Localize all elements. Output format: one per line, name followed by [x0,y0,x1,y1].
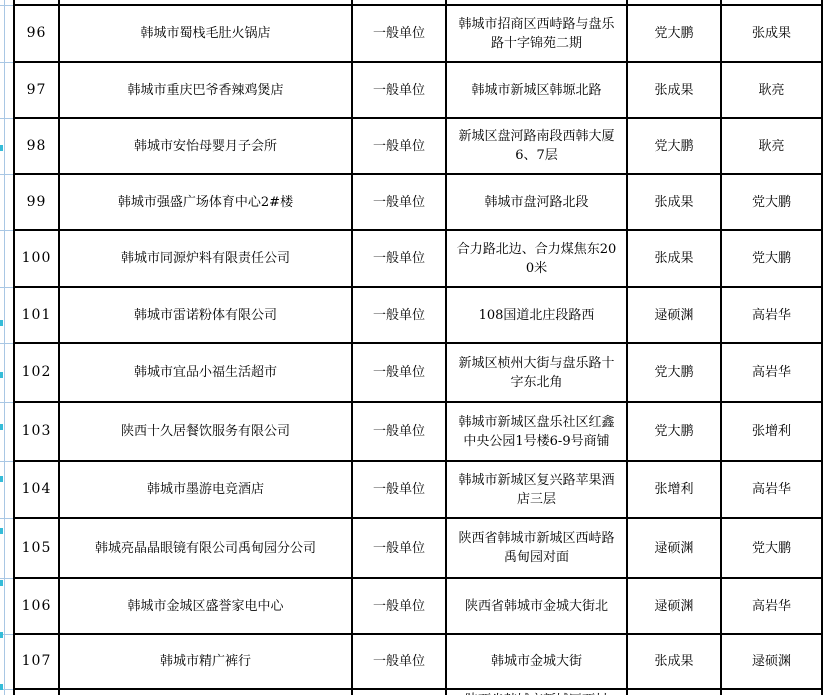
cell-unit-type[interactable]: 一般单位 [352,118,446,174]
table-row: 99韩城市强盛广场体育中心2#楼一般单位韩城市盘河路北段张成果党大鹏 [14,174,822,230]
cell-person-2[interactable]: 高岩华 [721,461,822,518]
horizontal-gridline [0,461,13,462]
spreadsheet-table-view: 96韩城市蜀栈毛肚火锅店一般单位韩城市招商区西峙路与盘乐路十字锦苑二期党大鹏张成… [0,0,827,695]
teal-tick-mark [0,320,3,326]
teal-tick-mark [0,424,3,430]
cell-person-2[interactable]: 党大鹏 [721,230,822,287]
cell-unit-type[interactable]: 一般单位 [352,518,446,578]
table-row-partial-bottom: 陕西省韩城市新城区西村 [14,689,822,695]
horizontal-gridline [0,230,13,231]
cell-person-2[interactable]: 耿亮 [721,118,822,174]
table-body: 96韩城市蜀栈毛肚火锅店一般单位韩城市招商区西峙路与盘乐路十字锦苑二期党大鹏张成… [14,0,822,695]
cell-person-1[interactable]: 党大鹏 [627,343,721,402]
horizontal-gridline [0,287,13,288]
cell-cutoff[interactable] [352,689,446,695]
cell-unit-name[interactable]: 韩城市蜀栈毛肚火锅店 [59,5,352,62]
horizontal-gridline [0,174,13,175]
cell-address[interactable]: 韩城市盘河路北段 [446,174,627,230]
cell-address[interactable]: 陕西省韩城市金城大街北 [446,578,627,634]
cell-row-number[interactable]: 104 [14,461,59,518]
cell-person-1[interactable]: 张成果 [627,634,721,689]
cell-row-number[interactable]: 99 [14,174,59,230]
cell-unit-type[interactable]: 一般单位 [352,174,446,230]
cell-person-2[interactable]: 高岩华 [721,343,822,402]
cell-person-1[interactable]: 逯硕渊 [627,518,721,578]
cell-address[interactable]: 新城区桢州大街与盘乐路十字东北角 [446,343,627,402]
teal-tick-mark [0,528,3,534]
cell-address[interactable]: 韩城市新城区韩塬北路 [446,62,627,118]
cell-unit-name[interactable]: 韩城市同源炉料有限责任公司 [59,230,352,287]
cell-person-1[interactable]: 党大鹏 [627,5,721,62]
inspection-units-table: 96韩城市蜀栈毛肚火锅店一般单位韩城市招商区西峙路与盘乐路十字锦苑二期党大鹏张成… [13,0,823,695]
table-row: 106韩城市金城区盛誉家电中心一般单位陕西省韩城市金城大街北逯硕渊高岩华 [14,578,822,634]
cell-person-2[interactable]: 高岩华 [721,578,822,634]
cell-person-1[interactable]: 张成果 [627,62,721,118]
teal-tick-mark [0,684,3,690]
cell-cutoff[interactable] [627,689,721,695]
cell-unit-type[interactable]: 一般单位 [352,402,446,461]
cell-address[interactable]: 韩城市新城区复兴路苹果酒店三层 [446,461,627,518]
cell-person-1[interactable]: 逯硕渊 [627,578,721,634]
cell-unit-type[interactable]: 一般单位 [352,287,446,343]
horizontal-gridline [0,343,13,344]
table-row: 104韩城市墨游电竞酒店一般单位韩城市新城区复兴路苹果酒店三层张增利高岩华 [14,461,822,518]
horizontal-gridline [0,578,13,579]
table-row: 105韩城亮晶晶眼镜有限公司禹甸园分公司一般单位陕西省韩城市新城区西峙路禹甸园对… [14,518,822,578]
cell-address-cutoff[interactable]: 陕西省韩城市新城区西村 [446,689,627,695]
cell-person-2[interactable]: 张增利 [721,402,822,461]
cell-row-number[interactable]: 100 [14,230,59,287]
cell-unit-type[interactable]: 一般单位 [352,5,446,62]
cell-person-1[interactable]: 张成果 [627,174,721,230]
cell-person-2[interactable]: 张成果 [721,5,822,62]
cell-person-2[interactable]: 耿亮 [721,62,822,118]
cell-unit-name[interactable]: 韩城市雷诺粉体有限公司 [59,287,352,343]
cell-unit-type[interactable]: 一般单位 [352,461,446,518]
cutoff-address-text: 陕西省韩城市新城区西村 [453,691,620,695]
cell-row-number[interactable]: 97 [14,62,59,118]
table-row: 100韩城市同源炉料有限责任公司一般单位合力路北边、合力煤焦东200米张成果党大… [14,230,822,287]
horizontal-gridline [0,402,13,403]
cell-row-number[interactable]: 105 [14,518,59,578]
cell-person-1[interactable]: 党大鹏 [627,402,721,461]
cell-cutoff[interactable] [14,689,59,695]
cell-row-number[interactable]: 107 [14,634,59,689]
cell-unit-type[interactable]: 一般单位 [352,62,446,118]
cell-person-1[interactable]: 张增利 [627,461,721,518]
cell-unit-name[interactable]: 韩城亮晶晶眼镜有限公司禹甸园分公司 [59,518,352,578]
cell-unit-name[interactable]: 陕西十久居餐饮服务有限公司 [59,402,352,461]
cell-cutoff[interactable] [59,689,352,695]
table-row: 103陕西十久居餐饮服务有限公司一般单位韩城市新城区盘乐社区红鑫中央公园1号楼6… [14,402,822,461]
table-row: 102韩城市宜品小福生活超市一般单位新城区桢州大街与盘乐路十字东北角党大鹏高岩华 [14,343,822,402]
cell-person-2[interactable]: 党大鹏 [721,518,822,578]
cell-address[interactable]: 108国道北庄段路西 [446,287,627,343]
cell-unit-name[interactable]: 韩城市宜品小福生活超市 [59,343,352,402]
table-row: 101韩城市雷诺粉体有限公司一般单位108国道北庄段路西逯硕渊高岩华 [14,287,822,343]
horizontal-gridline [0,5,13,6]
cell-row-number[interactable]: 101 [14,287,59,343]
cell-row-number[interactable]: 106 [14,578,59,634]
teal-tick-mark [0,476,3,482]
teal-tick-mark [0,372,3,378]
cell-unit-name[interactable]: 韩城市安怡母婴月子会所 [59,118,352,174]
cell-unit-name[interactable]: 韩城市精广裤行 [59,634,352,689]
teal-tick-mark [0,145,3,151]
cell-address[interactable]: 新城区盘河路南段西韩大厦6、7层 [446,118,627,174]
cell-cutoff[interactable] [721,689,822,695]
cell-row-number[interactable]: 102 [14,343,59,402]
cell-address[interactable]: 陕西省韩城市新城区西峙路禹甸园对面 [446,518,627,578]
horizontal-gridline [0,518,13,519]
cell-row-number[interactable]: 98 [14,118,59,174]
cell-row-number[interactable]: 103 [14,402,59,461]
cell-address[interactable]: 韩城市金城大街 [446,634,627,689]
cell-person-1[interactable]: 党大鹏 [627,118,721,174]
teal-tick-mark [0,580,3,586]
cell-unit-type[interactable]: 一般单位 [352,343,446,402]
table-row: 98韩城市安怡母婴月子会所一般单位新城区盘河路南段西韩大厦6、7层党大鹏耿亮 [14,118,822,174]
cell-address[interactable]: 合力路北边、合力煤焦东200米 [446,230,627,287]
cell-person-2[interactable]: 高岩华 [721,287,822,343]
teal-tick-mark [0,632,3,638]
cell-unit-name[interactable]: 韩城市金城区盛誉家电中心 [59,578,352,634]
cell-person-1[interactable]: 逯硕渊 [627,287,721,343]
cell-unit-type[interactable]: 一般单位 [352,230,446,287]
table-row: 96韩城市蜀栈毛肚火锅店一般单位韩城市招商区西峙路与盘乐路十字锦苑二期党大鹏张成… [14,5,822,62]
cell-unit-name[interactable]: 韩城市强盛广场体育中心2#楼 [59,174,352,230]
cell-unit-type[interactable]: 一般单位 [352,578,446,634]
table-row: 107韩城市精广裤行一般单位韩城市金城大街张成果逯硕渊 [14,634,822,689]
cell-address[interactable]: 韩城市招商区西峙路与盘乐路十字锦苑二期 [446,5,627,62]
horizontal-gridline [0,118,13,119]
cell-unit-name[interactable]: 韩城市重庆巴爷香辣鸡煲店 [59,62,352,118]
cell-person-2[interactable]: 逯硕渊 [721,634,822,689]
table-row: 97韩城市重庆巴爷香辣鸡煲店一般单位韩城市新城区韩塬北路张成果耿亮 [14,62,822,118]
spreadsheet-left-margin [0,0,13,695]
cell-address[interactable]: 韩城市新城区盘乐社区红鑫中央公园1号楼6-9号商铺 [446,402,627,461]
horizontal-gridline [0,62,13,63]
cell-unit-type[interactable]: 一般单位 [352,634,446,689]
vertical-gridline [4,0,5,695]
cell-unit-name[interactable]: 韩城市墨游电竞酒店 [59,461,352,518]
cell-row-number[interactable]: 96 [14,5,59,62]
cell-person-2[interactable]: 党大鹏 [721,174,822,230]
cell-person-1[interactable]: 张成果 [627,230,721,287]
